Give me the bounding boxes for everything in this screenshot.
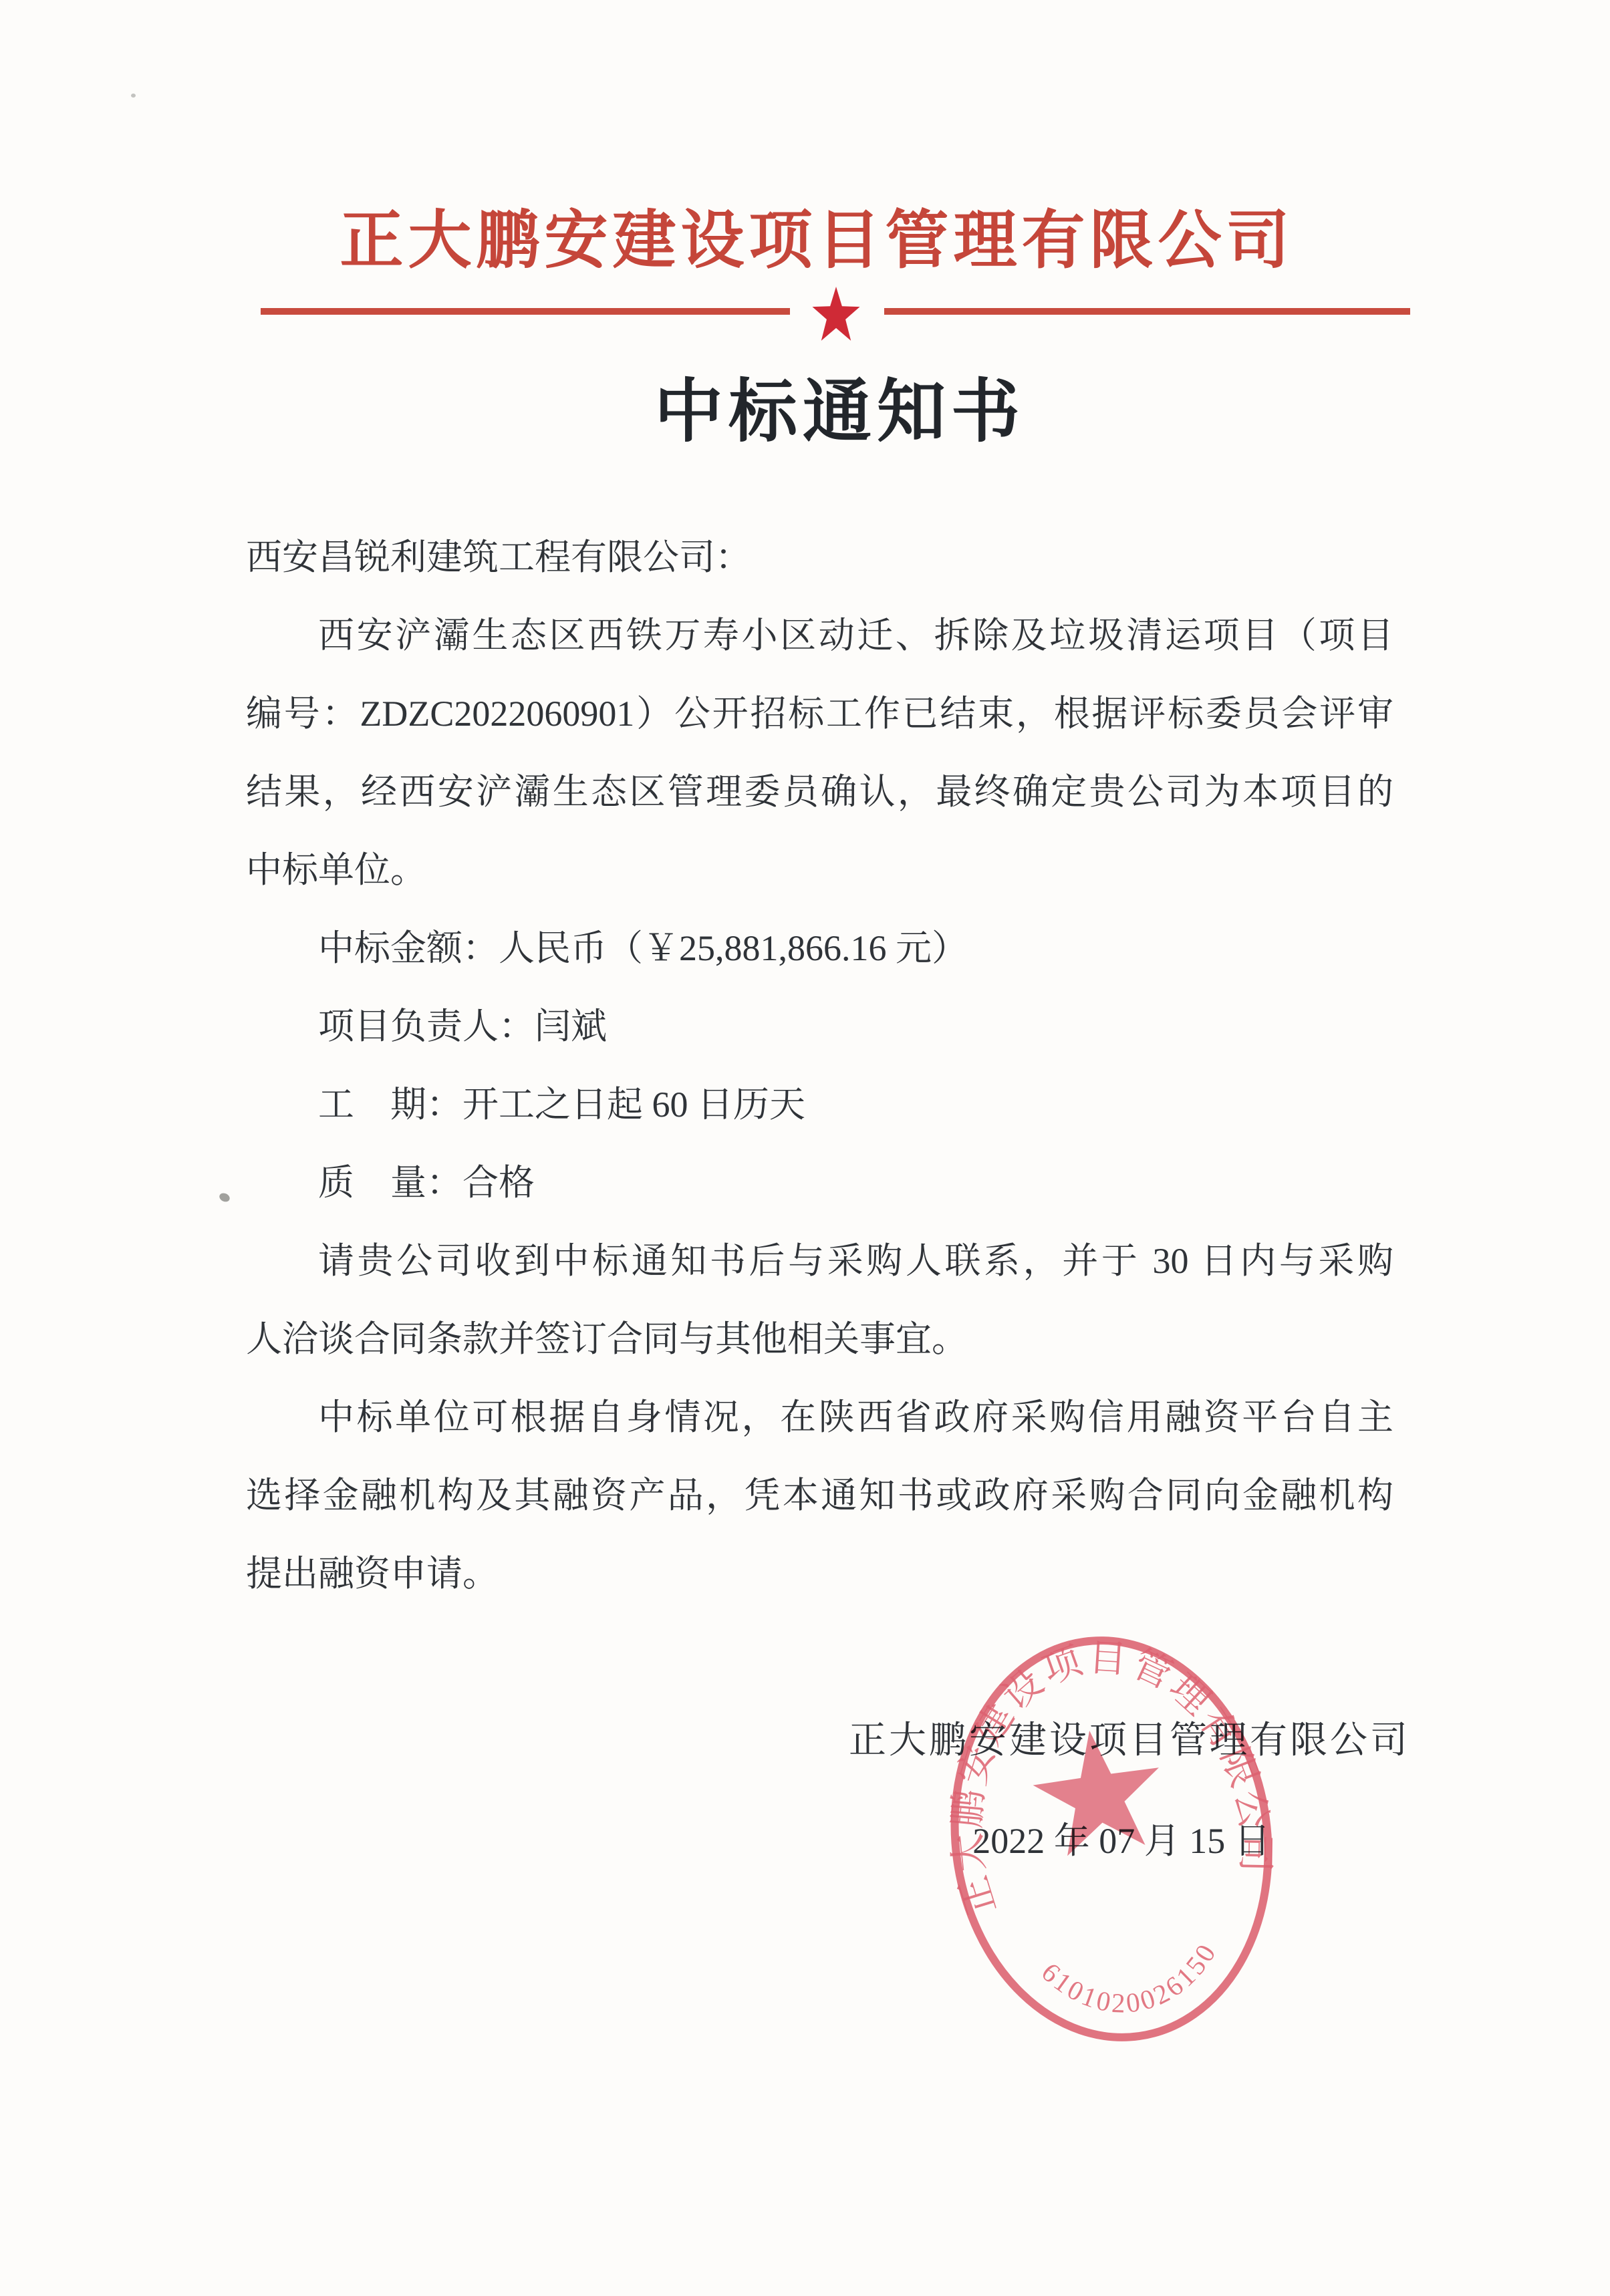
svg-text:6101020026150: 6101020026150 <box>1033 1934 1230 2031</box>
scan-speck <box>218 1191 231 1203</box>
star-icon <box>811 287 861 344</box>
body-line: 人洽谈合同条款并签订合同与其他相关事宜。 <box>246 1300 1393 1379</box>
seal-group: 正大鹏安建设项目管理有限公司 6101020026150 <box>941 1625 1285 2058</box>
body-line: 提出融资申请。 <box>246 1535 1393 1613</box>
seal-star-icon <box>1027 1722 1170 1860</box>
document-title: 中标通知书 <box>35 356 1610 455</box>
body-line: 中标单位。 <box>246 831 1393 909</box>
body-line: 西安昌锐利建筑工程有限公司： <box>246 519 1393 597</box>
body-line: 工 期：开工之日起 60 日历天 <box>246 1066 1393 1144</box>
body-text: 西安昌锐利建筑工程有限公司：西安浐灞生态区西铁万寿小区动迁、拆除及垃圾清运项目（… <box>246 519 1393 1613</box>
body-line: 选择金融机构及其融资产品，凭本通知书或政府采购合同向金融机构 <box>246 1457 1393 1535</box>
seal-arc-text: 正大鹏安建设项目管理有限公司 <box>941 1625 1283 1920</box>
letterhead-company-name: 正大鹏安建设项目管理有限公司 <box>12 190 1610 281</box>
body-line: 编号：ZDZC2022060901）公开招标工作已结束，根据评标委员会评审 <box>246 675 1393 753</box>
letterhead-rule-left <box>261 308 790 315</box>
letterhead-rule-right <box>884 308 1410 315</box>
document-page: 正大鹏安建设项目管理有限公司 中标通知书 西安昌锐利建筑工程有限公司：西安浐灞生… <box>0 0 1610 2296</box>
body-line: 质 量：合格 <box>246 1144 1393 1222</box>
body-line: 请贵公司收到中标通知书后与采购人联系，并于 30 日内与采购 <box>246 1222 1393 1300</box>
body-line: 结果，经西安浐灞生态区管理委员确认，最终确定贵公司为本项目的 <box>246 753 1393 831</box>
company-seal: 正大鹏安建设项目管理有限公司 6101020026150 <box>941 1625 1285 2058</box>
body-line: 中标单位可根据自身情况，在陕西省政府采购信用融资平台自主 <box>246 1379 1393 1457</box>
body-line: 项目负责人：闫斌 <box>246 988 1393 1066</box>
svg-text:正大鹏安建设项目管理有限公司: 正大鹏安建设项目管理有限公司 <box>941 1625 1283 1920</box>
body-line: 西安浐灞生态区西铁万寿小区动迁、拆除及垃圾清运项目（项目 <box>246 597 1393 675</box>
seal-serial-number: 6101020026150 <box>1033 1934 1230 2031</box>
scan-speck <box>131 94 136 98</box>
body-line: 中标金额：人民币（￥25,881,866.16 元） <box>246 909 1393 988</box>
